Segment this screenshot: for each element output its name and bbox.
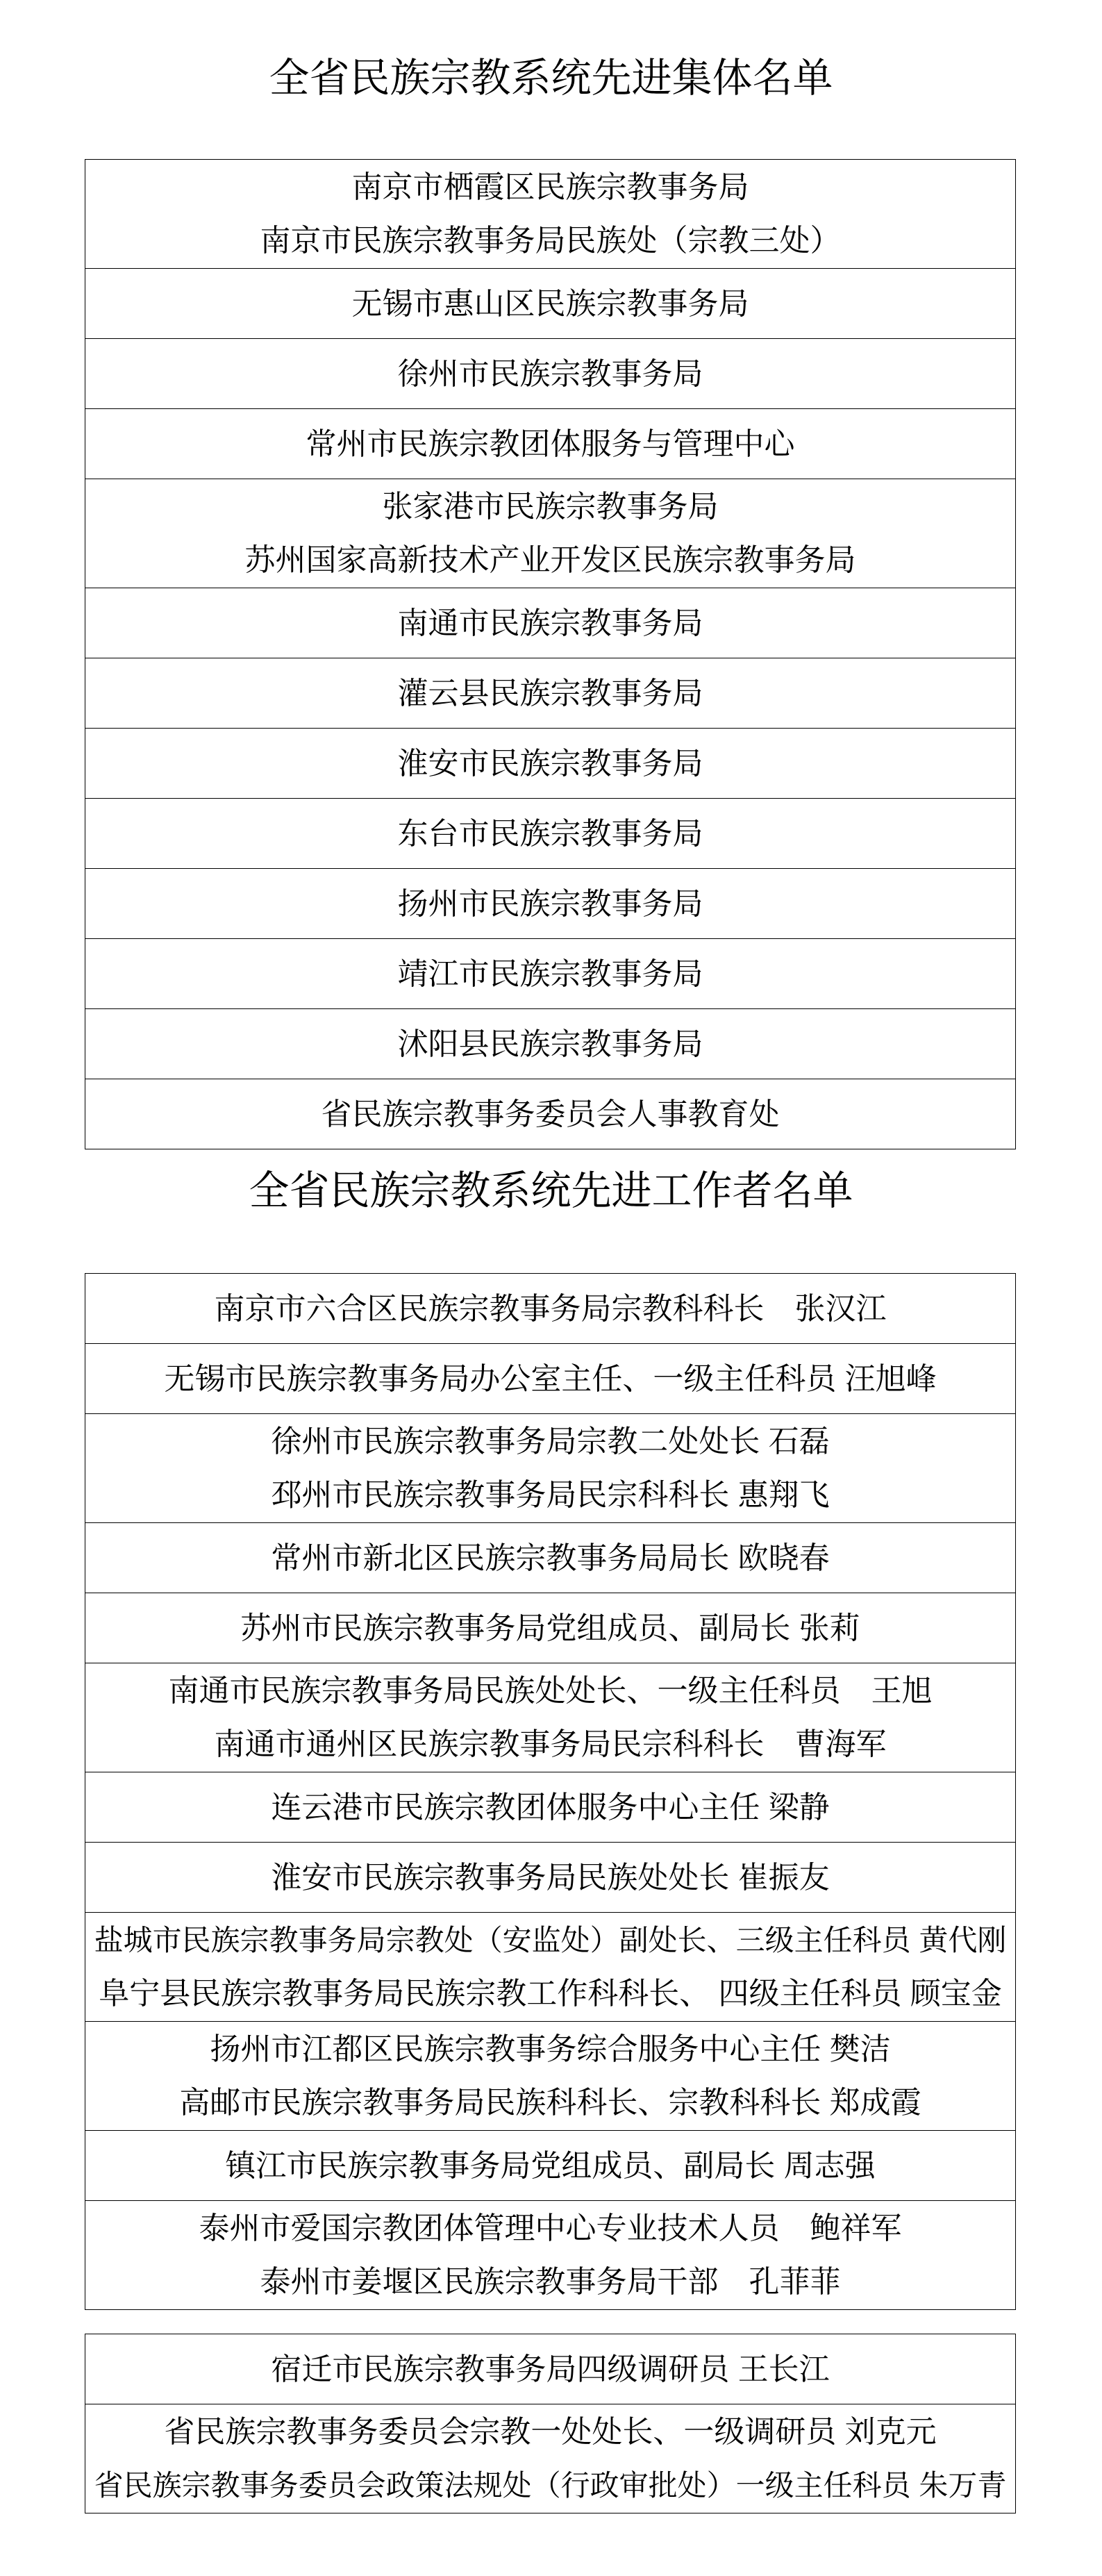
table-cell-text: 靖江市民族宗教事务局 <box>398 947 703 1001</box>
table-cell-text: 淮安市民族宗教事务局民族处处长 崔振友 <box>271 1851 829 1904</box>
table-cell-text: 东台市民族宗教事务局 <box>398 807 703 861</box>
workers-table-part2: 宿迁市民族宗教事务局四级调研员 王长江省民族宗教事务委员会宗教一处处长、一级调研… <box>85 2334 1016 2513</box>
table-row: 南通市民族宗教事务局民族处处长、一级主任科员 王旭南通市通州区民族宗教事务局民宗… <box>85 1663 1015 1772</box>
table-cell-text: 泰州市姜堰区民族宗教事务局干部 孔菲菲 <box>260 2255 841 2309</box>
table-cell-text: 扬州市民族宗教事务局 <box>398 877 703 931</box>
table-cell-text: 苏州市民族宗教事务局党组成员、副局长 张莉 <box>240 1602 860 1655</box>
table-cell-text: 镇江市民族宗教事务局党组成员、副局长 周志强 <box>225 2139 875 2193</box>
table-cell-text: 徐州市民族宗教事务局宗教二处处长 石磊 <box>271 1415 829 1468</box>
table-cell-text: 南京市六合区民族宗教事务局宗教科科长 张汉江 <box>215 1282 887 1336</box>
workers-table-part1: 南京市六合区民族宗教事务局宗教科科长 张汉江无锡市民族宗教事务局办公室主任、一级… <box>85 1273 1016 2310</box>
table-cell-text: 张家港市民族宗教事务局 <box>383 480 719 533</box>
table-row: 淮安市民族宗教事务局 <box>85 728 1015 798</box>
table-row: 东台市民族宗教事务局 <box>85 798 1015 868</box>
table-row: 张家港市民族宗教事务局苏州国家高新技术产业开发区民族宗教事务局 <box>85 479 1015 588</box>
table-cell-text: 连云港市民族宗教团体服务中心主任 梁静 <box>271 1781 829 1834</box>
table-row: 盐城市民族宗教事务局宗教处（安监处）副处长、三级主任科员 黄代刚阜宁县民族宗教事… <box>85 1912 1015 2021</box>
table-row: 宿迁市民族宗教事务局四级调研员 王长江 <box>85 2334 1015 2404</box>
table-cell-text: 苏州国家高新技术产业开发区民族宗教事务局 <box>245 533 856 587</box>
collectives-list-title: 全省民族宗教系统先进集体名单 <box>0 58 1102 99</box>
table-cell-text: 徐州市民族宗教事务局 <box>398 347 703 401</box>
table-cell-text: 省民族宗教事务委员会宗教一处处长、一级调研员 刘克元 <box>164 2405 936 2459</box>
table-cell-text: 宿迁市民族宗教事务局四级调研员 王长江 <box>271 2343 829 2396</box>
table-row: 南京市栖霞区民族宗教事务局南京市民族宗教事务局民族处（宗教三处） <box>85 160 1015 268</box>
table-cell-text: 邳州市民族宗教事务局民宗科科长 惠翔飞 <box>271 1468 829 1522</box>
table-cell-text: 扬州市江都区民族宗教事务综合服务中心主任 樊洁 <box>210 2022 890 2076</box>
table-cell-text: 南京市栖霞区民族宗教事务局 <box>352 160 749 214</box>
table-row: 常州市新北区民族宗教事务局局长 欧晓春 <box>85 1522 1015 1593</box>
table-cell-text: 南京市民族宗教事务局民族处（宗教三处） <box>260 214 841 267</box>
table-cell-text: 泰州市爱国宗教团体管理中心专业技术人员 鲍祥军 <box>199 2202 902 2255</box>
table-cell-text: 南通市通州区民族宗教事务局民宗科科长 曹海军 <box>215 1718 887 1771</box>
workers-list-title: 全省民族宗教系统先进工作者名单 <box>0 1171 1102 1211</box>
table-row: 南通市民族宗教事务局 <box>85 588 1015 658</box>
table-row: 泰州市爱国宗教团体管理中心专业技术人员 鲍祥军泰州市姜堰区民族宗教事务局干部 孔… <box>85 2200 1015 2309</box>
table-cell-text: 南通市民族宗教事务局民族处处长、一级主任科员 王旭 <box>169 1664 933 1718</box>
table-row: 常州市民族宗教团体服务与管理中心 <box>85 408 1015 479</box>
table-row: 徐州市民族宗教事务局宗教二处处长 石磊邳州市民族宗教事务局民宗科科长 惠翔飞 <box>85 1413 1015 1522</box>
table-row: 沭阳县民族宗教事务局 <box>85 1008 1015 1079</box>
table-cell-text: 沭阳县民族宗教事务局 <box>398 1017 703 1071</box>
table-row: 镇江市民族宗教事务局党组成员、副局长 周志强 <box>85 2130 1015 2200</box>
table-row: 徐州市民族宗教事务局 <box>85 338 1015 408</box>
table-cell-text: 省民族宗教事务委员会政策法规处（行政审批处）一级主任科员 朱万青 <box>94 2459 1007 2512</box>
table-row: 灌云县民族宗教事务局 <box>85 658 1015 728</box>
table-row: 淮安市民族宗教事务局民族处处长 崔振友 <box>85 1842 1015 1912</box>
table-row: 扬州市江都区民族宗教事务综合服务中心主任 樊洁高邮市民族宗教事务局民族科科长、宗… <box>85 2021 1015 2130</box>
table-row: 扬州市民族宗教事务局 <box>85 868 1015 938</box>
table-cell-text: 灌云县民族宗教事务局 <box>398 667 703 720</box>
table-row: 省民族宗教事务委员会宗教一处处长、一级调研员 刘克元省民族宗教事务委员会政策法规… <box>85 2404 1015 2513</box>
table-row: 连云港市民族宗教团体服务中心主任 梁静 <box>85 1772 1015 1842</box>
table-cell-text: 无锡市惠山区民族宗教事务局 <box>352 277 749 331</box>
table-row: 省民族宗教事务委员会人事教育处 <box>85 1079 1015 1149</box>
table-row: 南京市六合区民族宗教事务局宗教科科长 张汉江 <box>85 1274 1015 1343</box>
table-row: 靖江市民族宗教事务局 <box>85 938 1015 1008</box>
table-row: 苏州市民族宗教事务局党组成员、副局长 张莉 <box>85 1593 1015 1663</box>
table-cell-text: 南通市民族宗教事务局 <box>398 597 703 650</box>
table-cell-text: 常州市新北区民族宗教事务局局长 欧晓春 <box>271 1531 829 1585</box>
table-row: 无锡市惠山区民族宗教事务局 <box>85 268 1015 338</box>
table-cell-text: 阜宁县民族宗教事务局民族宗教工作科科长、 四级主任科员 顾宝金 <box>99 1967 1001 2020</box>
table-cell-text: 省民族宗教事务委员会人事教育处 <box>322 1088 780 1141</box>
table-cell-text: 淮安市民族宗教事务局 <box>398 737 703 790</box>
table-row: 无锡市民族宗教事务局办公室主任、一级主任科员 汪旭峰 <box>85 1343 1015 1413</box>
table-cell-text: 无锡市民族宗教事务局办公室主任、一级主任科员 汪旭峰 <box>164 1352 936 1406</box>
table-cell-text: 盐城市民族宗教事务局宗教处（安监处）副处长、三级主任科员 黄代刚 <box>94 1913 1007 1967</box>
collectives-table: 南京市栖霞区民族宗教事务局南京市民族宗教事务局民族处（宗教三处）无锡市惠山区民族… <box>85 159 1016 1149</box>
table-cell-text: 常州市民族宗教团体服务与管理中心 <box>306 417 795 471</box>
document-page: 全省民族宗教系统先进集体名单 南京市栖霞区民族宗教事务局南京市民族宗教事务局民族… <box>0 0 1102 2576</box>
table-cell-text: 高邮市民族宗教事务局民族科科长、宗教科科长 郑成霞 <box>179 2076 921 2129</box>
